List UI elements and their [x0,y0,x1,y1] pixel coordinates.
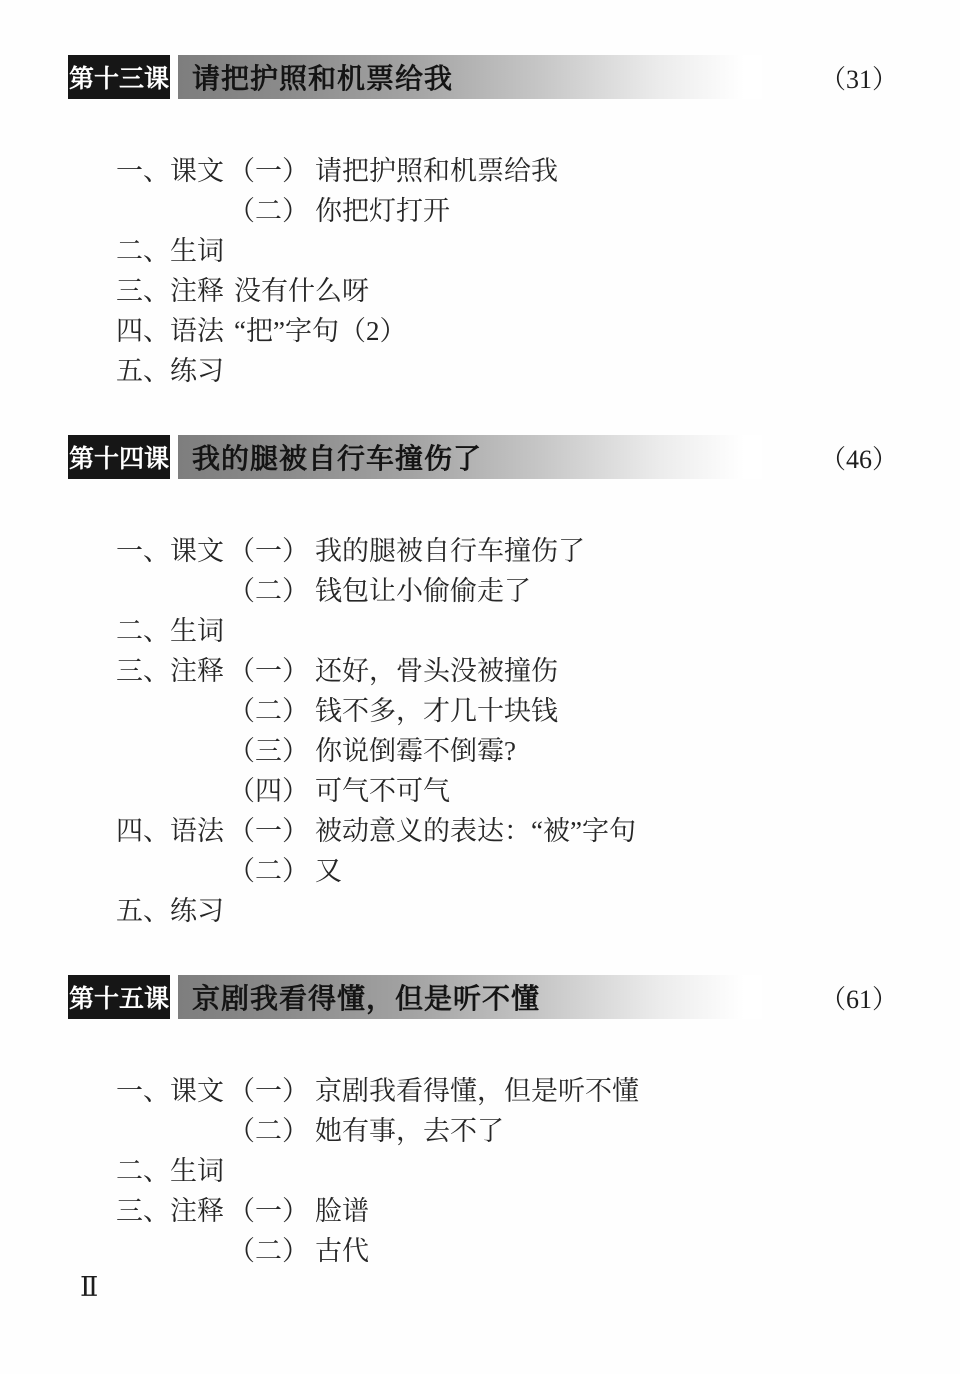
lesson-contents: 一、课文 （一） 我的腿被自行车撞伤了 （二） 钱包让小偷偷走了 二、生词 三、… [0,528,960,928]
row-item-marker: （二） [228,689,309,728]
row-item-marker: （二） [228,1229,309,1268]
row-section-label: 二、生词 [116,229,228,268]
row-item-text: 被动意义的表达：“被”字句 [315,809,636,848]
toc-row: 五、练习 [116,888,960,928]
row-section-label: 一、课文 [116,149,228,188]
toc-row: （二） 又 [116,848,960,888]
row-item-marker: （二） [228,849,309,888]
toc-page: 第十三课 请把护照和机票给我 （31） 一、课文 （一） 请把护照和机票给我 （… [0,0,960,1374]
row-item-text: 又 [315,849,342,888]
toc-row: （四） 可气不可气 [116,768,960,808]
row-item-marker: （二） [228,569,309,608]
row-item-marker: （一） [228,529,309,568]
toc-row: （二） 她有事，去不了 [116,1108,960,1148]
toc-row: 四、语法 “把”字句（2） [116,308,960,348]
lesson-section-15: 第十五课 京剧我看得懂，但是听不懂 （61） 一、课文 （一） 京剧我看得懂，但… [0,975,960,1268]
toc-row: 三、注释 （一） 脸谱 [116,1188,960,1228]
row-section-label: 一、课文 [116,529,228,568]
row-item-marker: （四） [228,769,309,808]
row-section-label: 四、语法 [116,809,228,848]
row-item-text: 我的腿被自行车撞伤了 [315,529,585,568]
row-item-marker: （一） [228,1069,309,1108]
toc-row: 一、课文 （一） 京剧我看得懂，但是听不懂 [116,1068,960,1108]
row-section-label: 四、语法 [116,309,228,348]
row-item-text: 你把灯打开 [315,189,450,228]
toc-row: 一、课文 （一） 请把护照和机票给我 [116,148,960,188]
row-item-text: 钱包让小偷偷走了 [315,569,531,608]
row-item-text: 可气不可气 [315,769,450,808]
toc-row: 三、注释 （一） 还好，骨头没被撞伤 [116,648,960,688]
toc-row: 二、生词 [116,1148,960,1188]
row-item-marker: （一） [228,649,309,688]
row-section-label: 二、生词 [116,1149,228,1188]
row-item-marker: （二） [228,1109,309,1148]
row-item-text: 京剧我看得懂，但是听不懂 [315,1069,639,1108]
row-item-text: “把”字句（2） [234,309,406,348]
lesson-title: 我的腿被自行车撞伤了 [192,437,482,477]
toc-row: （二） 古代 [116,1228,960,1268]
lesson-section-13: 第十三课 请把护照和机票给我 （31） 一、课文 （一） 请把护照和机票给我 （… [0,55,960,388]
row-section-label: 二、生词 [116,609,228,648]
row-item-text: 没有什么呀 [234,269,369,308]
lesson-contents: 一、课文 （一） 请把护照和机票给我 （二） 你把灯打开 二、生词 三、注释 没… [0,148,960,388]
row-item-text: 还好，骨头没被撞伤 [315,649,558,688]
row-item-text: 请把护照和机票给我 [315,149,558,188]
lesson-title-bar: 我的腿被自行车撞伤了 [178,435,762,479]
toc-row: （二） 你把灯打开 [116,188,960,228]
row-section-label: 五、练习 [116,889,228,928]
lesson-page-number: （31） [820,59,898,96]
row-item-text: 脸谱 [315,1189,369,1228]
lesson-page-number: （61） [820,979,898,1016]
row-item-marker: （一） [228,809,309,848]
row-item-text: 她有事，去不了 [315,1109,504,1148]
toc-row: （三） 你说倒霉不倒霉? [116,728,960,768]
row-item-text: 你说倒霉不倒霉? [315,729,516,768]
lesson-number-badge: 第十三课 [68,55,170,99]
toc-row: 一、课文 （一） 我的腿被自行车撞伤了 [116,528,960,568]
row-section-label: 三、注释 [116,269,228,308]
row-item-marker: （一） [228,149,309,188]
row-section-label: 三、注释 [116,1189,228,1228]
lesson-section-14: 第十四课 我的腿被自行车撞伤了 （46） 一、课文 （一） 我的腿被自行车撞伤了… [0,435,960,928]
toc-row: （二） 钱不多，才几十块钱 [116,688,960,728]
toc-row: 五、练习 [116,348,960,388]
toc-row: 二、生词 [116,608,960,648]
toc-row: （二） 钱包让小偷偷走了 [116,568,960,608]
row-section-label: 一、课文 [116,1069,228,1108]
row-item-text: 古代 [315,1229,369,1268]
toc-row: 三、注释 没有什么呀 [116,268,960,308]
lesson-title-bar: 京剧我看得懂，但是听不懂 [178,975,762,1019]
lesson-number-badge: 第十五课 [68,975,170,1019]
row-section-label: 五、练习 [116,349,228,388]
lesson-title: 京剧我看得懂，但是听不懂 [192,977,540,1017]
page-roman-numeral: Ⅱ [80,1272,960,1303]
lesson-number-badge: 第十四课 [68,435,170,479]
row-item-marker: （二） [228,189,309,228]
lesson-header: 第十三课 请把护照和机票给我 （31） [0,55,960,99]
row-item-marker: （一） [228,1189,309,1228]
lesson-header: 第十五课 京剧我看得懂，但是听不懂 （61） [0,975,960,1019]
lesson-title: 请把护照和机票给我 [192,57,453,97]
lesson-contents: 一、课文 （一） 京剧我看得懂，但是听不懂 （二） 她有事，去不了 二、生词 三… [0,1068,960,1268]
lesson-page-number: （46） [820,439,898,476]
row-section-label: 三、注释 [116,649,228,688]
lesson-header: 第十四课 我的腿被自行车撞伤了 （46） [0,435,960,479]
lesson-title-bar: 请把护照和机票给我 [178,55,762,99]
toc-row: 四、语法 （一） 被动意义的表达：“被”字句 [116,808,960,848]
toc-row: 二、生词 [116,228,960,268]
row-item-marker: （三） [228,729,309,768]
row-item-text: 钱不多，才几十块钱 [315,689,558,728]
